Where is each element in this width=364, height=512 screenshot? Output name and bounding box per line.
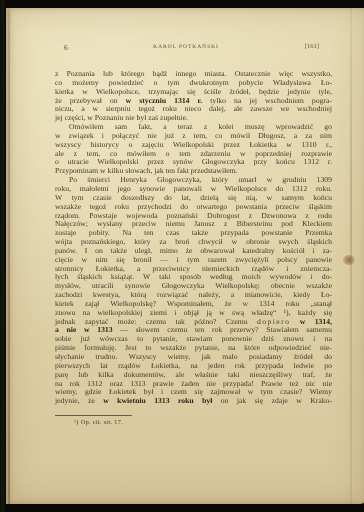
page-paper: 6 KAROL POTKAŃSKI [161] z Poznania lub k… — [6, 8, 364, 504]
running-title: KAROL POTKAŃSKI — [55, 44, 317, 50]
text-segment: W tym czasie doszedłszy do lat, dzielą s… — [55, 193, 332, 202]
footnote-separator — [55, 415, 132, 416]
text-segment: w związek i połączyć nie już z tem, co m… — [55, 131, 332, 140]
text-segment: piśmie formułuję. Jest to wszakże pytani… — [55, 343, 332, 352]
text-segment: łych śląskich książąt. W taki sposób wed… — [55, 272, 332, 281]
text-segment: wiemy, gdzie Łokietek był i czem się zaj… — [55, 387, 332, 396]
paper-stain — [343, 255, 355, 265]
text-segment: stronnicy Łokietka, a przeciwnicy niemie… — [55, 264, 332, 273]
text-segment: mysłów, utracili synowie Głogowczyka Wie… — [55, 281, 332, 290]
text-segment: roku, małoletni jego synowie panowali w … — [55, 184, 332, 193]
emphasized-text: w 1314, — [300, 317, 332, 326]
text-segment: kietka w Wielkopolsce, trzymając się ści… — [55, 87, 332, 96]
text-segment: parę lub kilka dokumentów, ale właśnie t… — [55, 370, 332, 379]
text-segment: wszyscy historycy o zajęciu Wielkopolski… — [55, 140, 332, 149]
text-segment: panów. I on także uległ, mimo że obwarow… — [55, 246, 332, 255]
paragraph: z Poznania lub którego bądź innego miast… — [55, 70, 332, 123]
text-segment: jednak zapytać może: czemu tak późno? Cz… — [55, 317, 257, 326]
paragraph: Omówiłem sam fakt, a teraz z kolei muszę… — [55, 123, 332, 176]
text-segment: że przebywał on — [55, 96, 126, 105]
text-segment: słychanie trudno. Wszyscy wiemy, jak mał… — [55, 352, 332, 361]
text-segment — [290, 317, 299, 326]
emphasized-text: w kwietniu 1313 roku był — [103, 396, 212, 405]
text-segment: niczu, a w sierpniu tegoż roku nieco dal… — [55, 104, 332, 113]
text-segment: Po śmierci Henryka Głogowczyka, który um… — [69, 175, 332, 184]
text-segment: na rok 1312 oraz 1313 prawie żaden nie p… — [55, 379, 332, 388]
text-segment: sobie już wówczas to pytanie, stawiam po… — [55, 334, 332, 343]
text-segment: znowu na wielkopolskiej ziemi i objął ją… — [55, 308, 332, 317]
scanned-book-page: 6 KAROL POTKAŃSKI [161] z Poznania lub k… — [0, 0, 364, 512]
text-segment: zachodzi kwestya, którą rozwiązać należy… — [55, 290, 332, 299]
text-segment: wójta poznańskiego, który za broń chwyci… — [55, 237, 332, 246]
footnote-text: Op. cit. str. 17. — [81, 419, 123, 426]
page-corner-curl — [334, 503, 364, 512]
text-segment: jej części, w Poznaniu nie był zaś zupeł… — [55, 113, 188, 122]
text-segment: wszakże tegoż roku przychodzi do otwarte… — [55, 202, 332, 211]
page-header: 6 KAROL POTKAŃSKI [161] — [6, 43, 364, 53]
text-segment: o utracie Wielkopolski przez synów Głogo… — [55, 157, 332, 166]
text-segment: tylko na jej wschodniem pogra- — [202, 96, 332, 105]
text-segment: pierwszych lat rządów Łokietka, na jeden… — [55, 361, 332, 370]
paragraph: Po śmierci Henryka Głogowczyka, który um… — [55, 176, 332, 406]
emphasized-text: a nie w 1313 — [55, 325, 113, 334]
text-segment: kietek zajął Wielkopolskę? Wspominałem, … — [55, 299, 332, 308]
text-line: jedynie, że w kwietniu 1313 roku był on … — [55, 397, 332, 406]
text-segment: rządom. Powstaje wojewoda poznański Dobr… — [55, 211, 332, 220]
folio-number: [161] — [305, 43, 319, 50]
text-segment: Przypominam w kilku słowach, jak ten fak… — [55, 166, 238, 175]
footnote-marker: ¹) — [74, 419, 79, 426]
text-segment: cięcie w nim się bronił — i tym razem zw… — [55, 255, 332, 264]
text-segment: — słowem czemu ten rok przerwy? Stawiałe… — [113, 325, 332, 334]
emphasized-text: w styczniu 1314 r. — [126, 96, 203, 105]
text-segment: zostaje pobity. Na ten czas także przypa… — [55, 228, 332, 237]
text-segment: ale z tem, co mówiłem o tem zdarzeniu w … — [55, 149, 332, 158]
paper-left-edge — [8, 8, 10, 504]
body-text: z Poznania lub którego bądź innego miast… — [55, 70, 332, 406]
text-segment: Nałęczów; wysłany przeciw niemu Janusz z… — [55, 219, 332, 228]
text-segment: jedynie, że — [55, 396, 103, 405]
text-segment: co możemy powiedzieć o tym dwukrotnym po… — [55, 78, 332, 87]
text-segment: z Poznania lub którego bądź innego miast… — [55, 69, 332, 78]
text-segment: on jak się zdaje w Krako- — [212, 396, 332, 405]
emphasized-text: dopiero — [257, 317, 290, 326]
footnote: ¹)Op. cit. str. 17. — [74, 419, 123, 426]
text-segment: Omówiłem sam fakt, a teraz z kolei muszę… — [69, 122, 332, 131]
